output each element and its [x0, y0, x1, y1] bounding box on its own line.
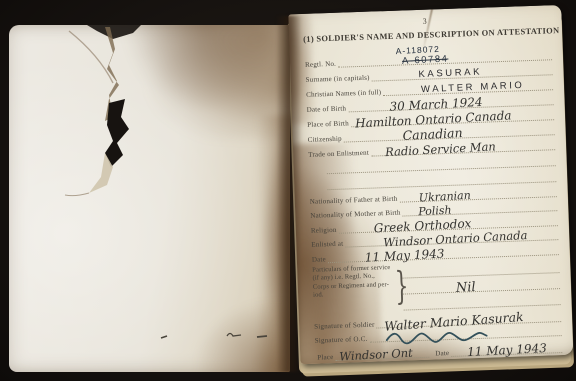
field-label: Date [312, 255, 328, 264]
field-label: Date of Birth [307, 104, 349, 113]
field-label: Particulars of former service (if any) i… [312, 263, 394, 313]
dotted-leader: 11 May 1943 [451, 335, 562, 357]
field-label: Religion [311, 225, 339, 234]
left-page [9, 25, 290, 372]
photo-background: 3 (1) SOLDIER'S NAME AND DESCRIPTION ON … [0, 0, 576, 381]
handwritten-value: 11 May 1943 [466, 340, 546, 358]
brace-glyph: } [394, 263, 401, 310]
paper-tear [9, 25, 290, 372]
stray-ink-marks-icon [157, 328, 277, 344]
handwritten-value: Windsor Ont [339, 345, 413, 363]
form-title: (1) SOLDIER'S NAME AND DESCRIPTION ON AT… [303, 26, 554, 44]
field-label: Date [429, 348, 451, 357]
field-label: Place [315, 352, 335, 361]
dotted-leader: Windsor Ont [335, 339, 429, 360]
field-label: Regtl. No. [305, 60, 338, 69]
dotted-leader-group: Nil [402, 258, 561, 310]
right-page-attestation-form: 3 (1) SOLDIER'S NAME AND DESCRIPTION ON … [288, 5, 573, 364]
attestation-form: Regtl. No. A-118072 A-60784 Surname (in … [305, 45, 563, 361]
field-label: Citizenship [308, 135, 344, 144]
